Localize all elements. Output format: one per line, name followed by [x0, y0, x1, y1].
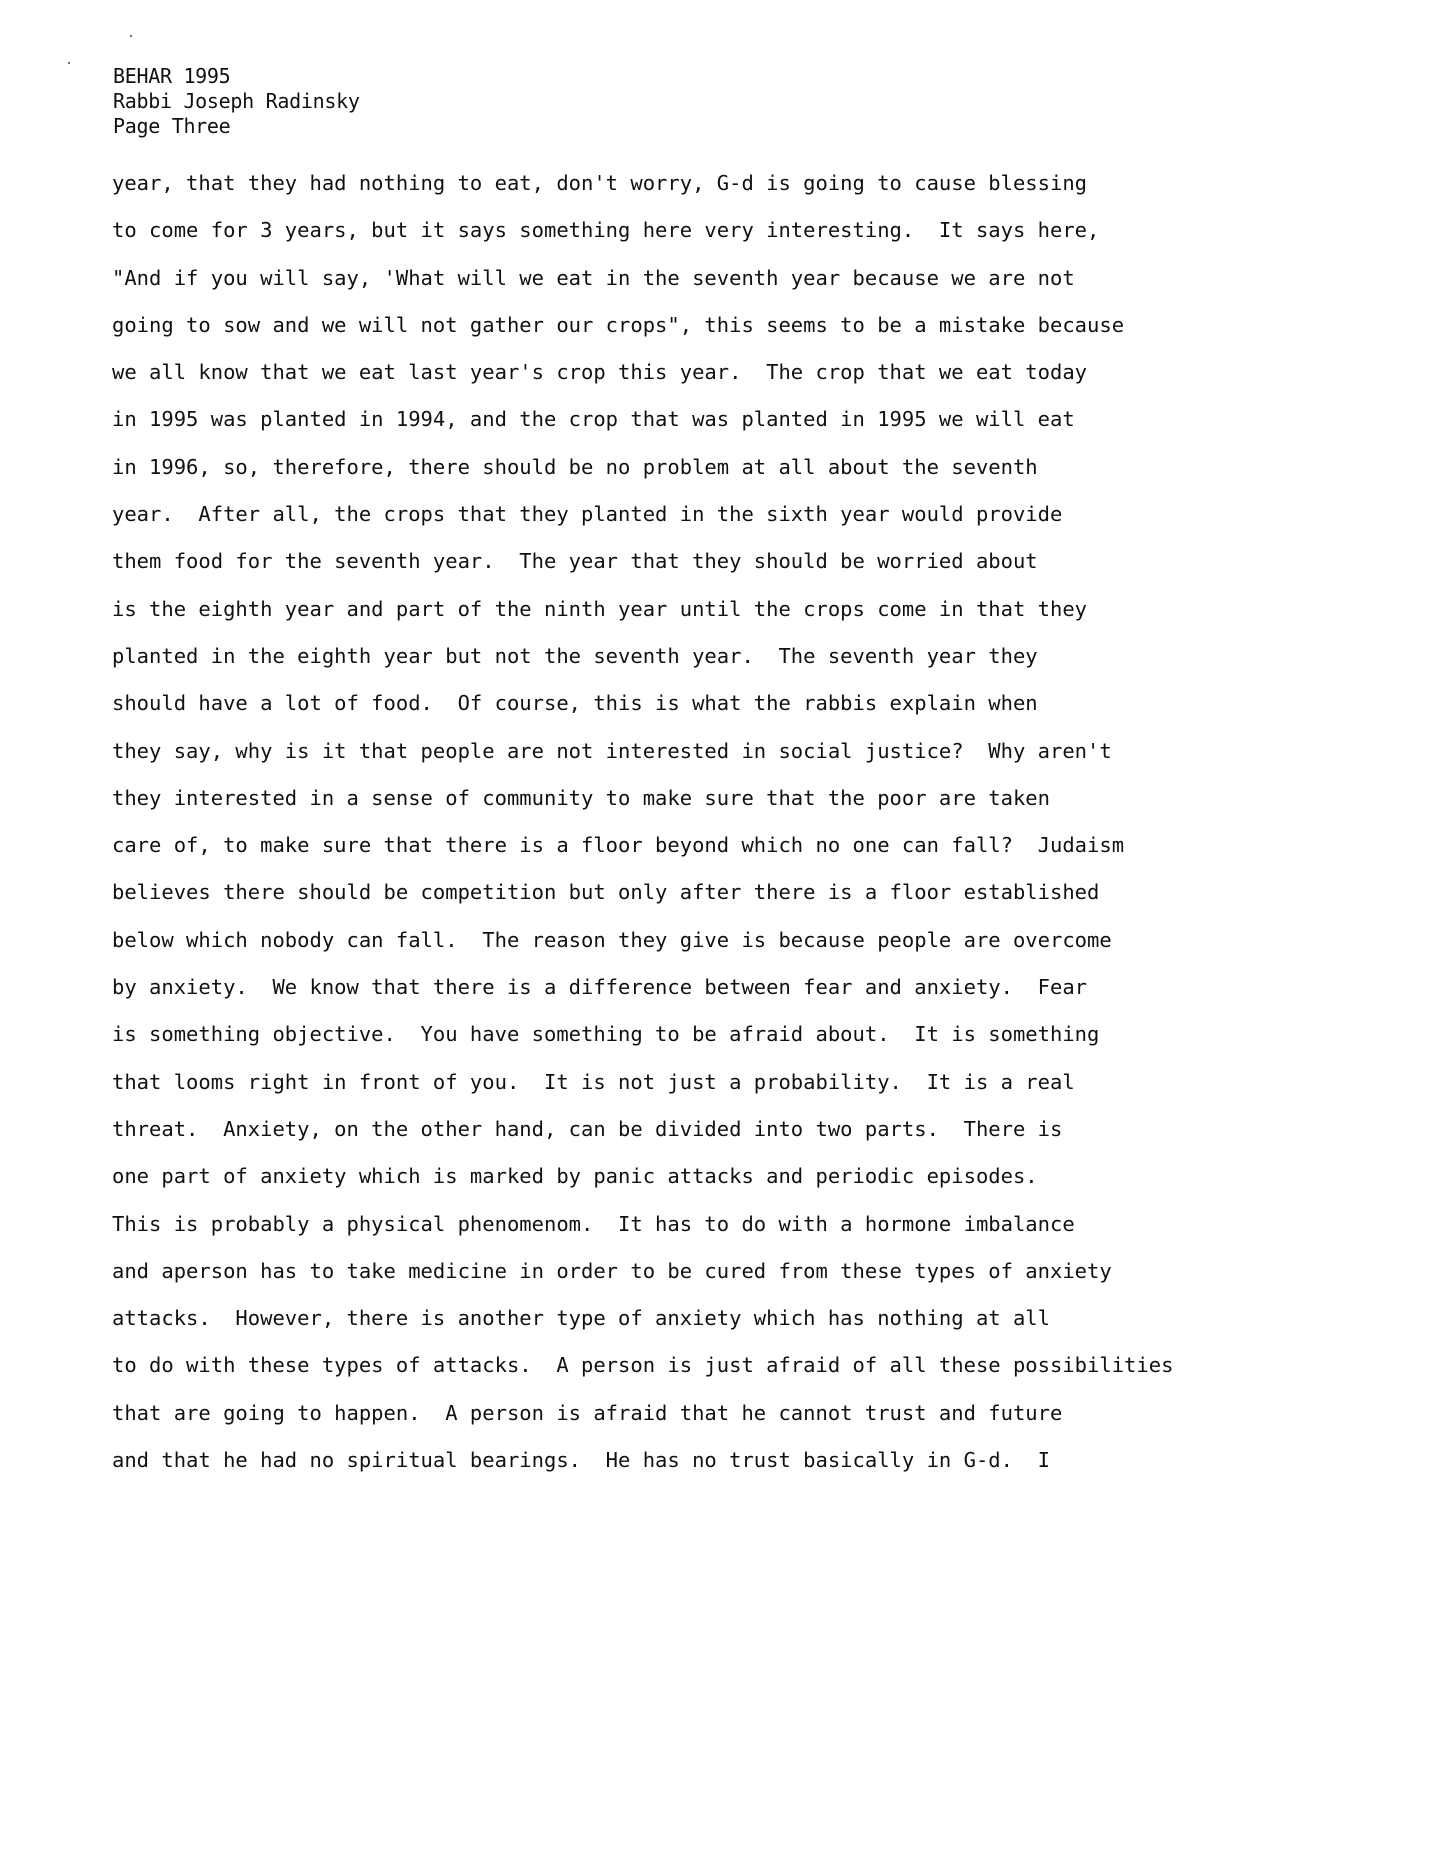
text-line: attacks. However, there is another type …: [112, 1295, 1173, 1342]
text-line: in 1995 was planted in 1994, and the cro…: [112, 396, 1173, 443]
document-header: BEHAR 1995 Rabbi Joseph Radinsky Page Th…: [113, 64, 360, 139]
text-line: is the eighth year and part of the ninth…: [112, 586, 1173, 633]
document-page: BEHAR 1995 Rabbi Joseph Radinsky Page Th…: [0, 0, 1430, 1851]
text-line: This is probably a physical phenomenom. …: [112, 1201, 1173, 1248]
document-author: Rabbi Joseph Radinsky: [113, 89, 360, 114]
text-line: and aperson has to take medicine in orde…: [112, 1248, 1173, 1295]
text-line: that looms right in front of you. It is …: [112, 1059, 1173, 1106]
scan-speck: [68, 62, 70, 64]
text-line: to come for 3 years, but it says somethi…: [112, 207, 1173, 254]
text-line: is something objective. You have somethi…: [112, 1011, 1173, 1058]
text-line: by anxiety. We know that there is a diff…: [112, 964, 1173, 1011]
text-line: year. After all, the crops that they pla…: [112, 491, 1173, 538]
text-line: below which nobody can fall. The reason …: [112, 917, 1173, 964]
text-line: care of, to make sure that there is a fl…: [112, 822, 1173, 869]
text-line: one part of anxiety which is marked by p…: [112, 1153, 1173, 1200]
text-line: year, that they had nothing to eat, don'…: [112, 160, 1173, 207]
text-line: they say, why is it that people are not …: [112, 728, 1173, 775]
text-line: them food for the seventh year. The year…: [112, 538, 1173, 585]
text-line: "And if you will say, 'What will we eat …: [112, 255, 1173, 302]
page-label: Page Three: [113, 114, 360, 139]
text-line: planted in the eighth year but not the s…: [112, 633, 1173, 680]
scan-speck: [130, 35, 132, 37]
text-line: should have a lot of food. Of course, th…: [112, 680, 1173, 727]
text-line: threat. Anxiety, on the other hand, can …: [112, 1106, 1173, 1153]
text-line: we all know that we eat last year's crop…: [112, 349, 1173, 396]
document-body: year, that they had nothing to eat, don'…: [112, 160, 1173, 1484]
text-line: that are going to happen. A person is af…: [112, 1390, 1173, 1437]
text-line: and that he had no spiritual bearings. H…: [112, 1437, 1173, 1484]
document-title: BEHAR 1995: [113, 64, 360, 89]
text-line: in 1996, so, therefore, there should be …: [112, 444, 1173, 491]
text-line: to do with these types of attacks. A per…: [112, 1342, 1173, 1389]
text-line: they interested in a sense of community …: [112, 775, 1173, 822]
text-line: going to sow and we will not gather our …: [112, 302, 1173, 349]
text-line: believes there should be competition but…: [112, 869, 1173, 916]
